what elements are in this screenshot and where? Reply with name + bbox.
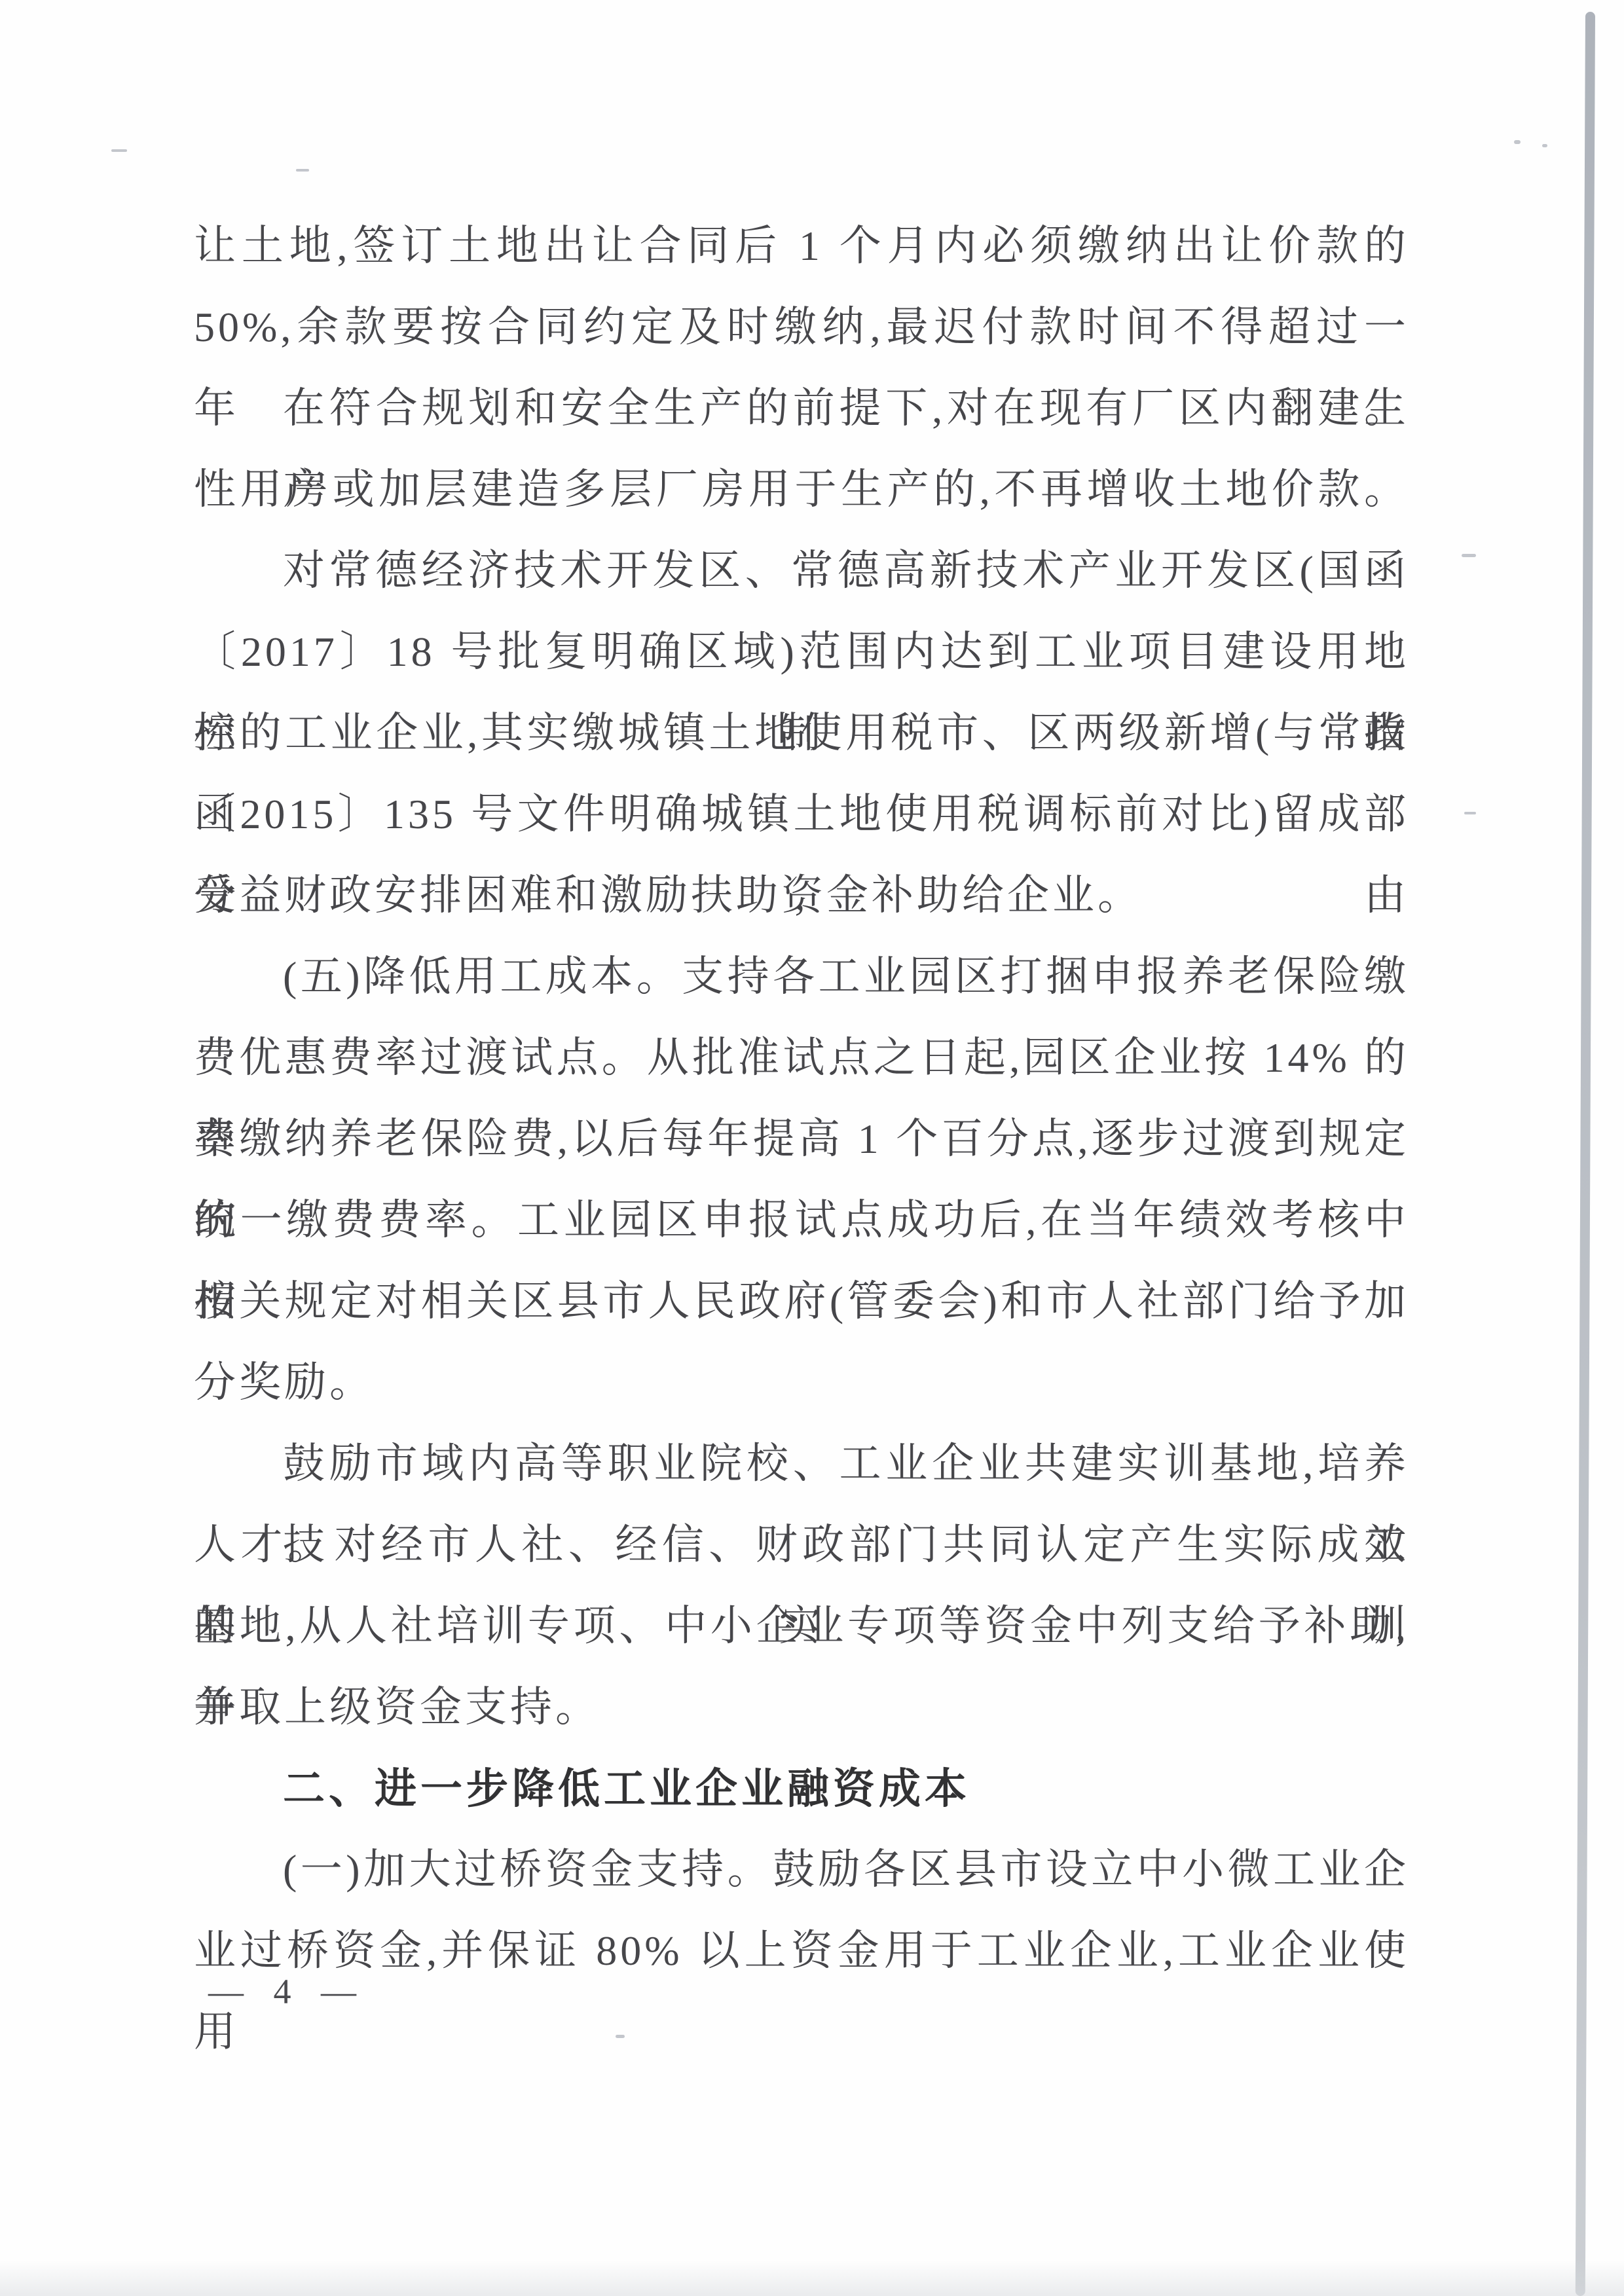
body-text: 让土地,签订土地出让合同后 1 个月内必须缴纳出让价款的50%,余款要按合同约定…: [194, 206, 1409, 1992]
text-line: 让土地,签订土地出让合同后 1 个月内必须缴纳出让价款的: [194, 206, 1409, 287]
text-line: 相关规定对相关区县市人民政府(管委会)和市人社部门给予加: [194, 1261, 1409, 1342]
scan-speck: [616, 2035, 625, 2038]
text-line: 〔2015〕135 号文件明确城镇土地使用税调标前对比)留成部分,由: [194, 774, 1409, 855]
document-page: 让土地,签订土地出让合同后 1 个月内必须缴纳出让价款的50%,余款要按合同约定…: [0, 0, 1624, 2296]
text-line: 在符合规划和安全生产的前提下,对在现有厂区内翻建生产: [194, 368, 1409, 449]
text-line: 鼓励市域内高等职业院校、工业企业共建实训基地,培养技工: [194, 1423, 1409, 1504]
text-line: 业过桥资金,并保证 80% 以上资金用于工业企业,工业企业使用: [194, 1910, 1409, 1992]
text-line: 基地,从人社培训专项、中小企业专项等资金中列支给予补助,并: [194, 1586, 1409, 1667]
scan-speck: [111, 149, 127, 152]
text-line: 率缴纳养老保险费,以后每年提高 1 个百分点,逐步过渡到规定的: [194, 1099, 1409, 1180]
scan-artifact-right-streak: [1576, 12, 1595, 2296]
text-line: 对常德经济技术开发区、常德高新技术产业开发区(国函: [194, 530, 1409, 611]
section-heading-line: 二、进一步降低工业企业融资成本: [194, 1748, 1409, 1829]
scan-speck: [1542, 144, 1547, 147]
text-line: 争取上级资金支持。: [194, 1667, 1409, 1748]
scan-speck: [296, 169, 309, 172]
text-line: 人才。对经市人社、经信、财政部门共同认定产生实际成效的实训: [194, 1504, 1409, 1586]
page-number: — 4 —: [208, 1965, 367, 2018]
text-line: 50%,余款要按合同约定及时缴纳,最迟付款时间不得超过一年。: [194, 287, 1409, 368]
scan-speck: [1464, 812, 1476, 814]
text-line: 费优惠费率过渡试点。从批准试点之日起,园区企业按 14% 的费: [194, 1017, 1409, 1099]
scan-speck: [1462, 554, 1476, 557]
text-line: 〔2017〕18 号批复明确区域)范围内达到工业项目建设用地控制指: [194, 611, 1409, 693]
text-line: 标的工业企业,其实缴城镇土地使用税市、区两级新增(与常政函: [194, 693, 1409, 774]
scan-artifact-bottom-band: [0, 2260, 1624, 2296]
text-line: 性用房或加层建造多层厂房用于生产的,不再增收土地价款。: [194, 449, 1409, 530]
text-line: 统一缴费费率。工业园区申报试点成功后,在当年绩效考核中按: [194, 1180, 1409, 1261]
text-line: 分奖励。: [194, 1342, 1409, 1423]
text-line: (五)降低用工成本。支持各工业园区打捆申报养老保险缴: [194, 936, 1409, 1017]
text-line: (一)加大过桥资金支持。鼓励各区县市设立中小微工业企: [194, 1829, 1409, 1910]
scan-speck: [1514, 140, 1521, 144]
